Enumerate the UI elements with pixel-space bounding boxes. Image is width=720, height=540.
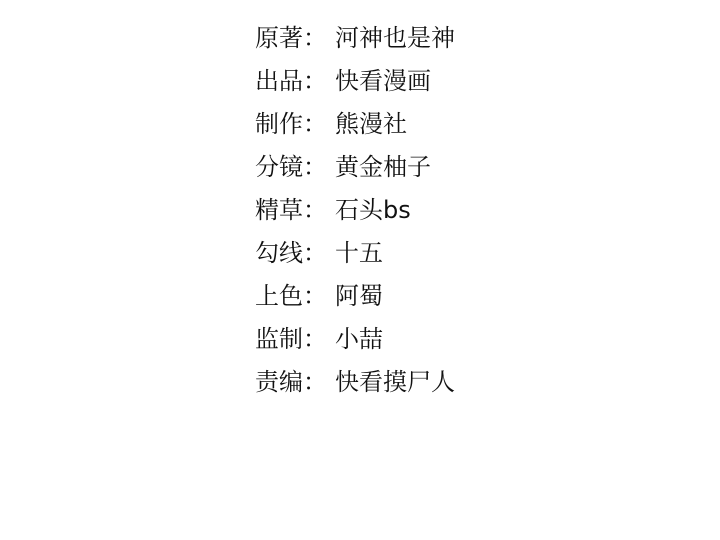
- credit-name: 小喆: [335, 322, 383, 356]
- credit-name: 阿蜀: [335, 279, 383, 313]
- credit-name: 十五: [335, 236, 383, 270]
- credit-name: 石头bs: [335, 193, 411, 227]
- credit-role: 精草：: [255, 193, 335, 227]
- credit-role: 责编：: [255, 365, 335, 399]
- credit-role: 监制：: [255, 322, 335, 356]
- credit-row-editor: 责编： 快看摸尸人: [255, 365, 455, 408]
- credit-role: 出品：: [255, 64, 335, 98]
- credit-role: 勾线：: [255, 236, 335, 270]
- credit-row-supervisor: 监制： 小喆: [255, 322, 455, 365]
- credits-list: 原著： 河神也是神 出品： 快看漫画 制作： 熊漫社 分镜： 黄金柚子 精草： …: [255, 21, 455, 408]
- credit-role: 分镜：: [255, 150, 335, 184]
- credit-row-production: 制作： 熊漫社: [255, 107, 455, 150]
- credit-name: 快看摸尸人: [335, 365, 455, 399]
- credit-name: 快看漫画: [335, 64, 431, 98]
- credit-name: 河神也是神: [335, 21, 455, 55]
- credit-row-coloring: 上色： 阿蜀: [255, 279, 455, 322]
- credit-row-original-author: 原著： 河神也是神: [255, 21, 455, 64]
- credit-role: 上色：: [255, 279, 335, 313]
- credit-row-line-art: 勾线： 十五: [255, 236, 455, 279]
- credit-name: 黄金柚子: [335, 150, 431, 184]
- credit-name: 熊漫社: [335, 107, 407, 141]
- credit-row-rough-sketch: 精草： 石头bs: [255, 193, 455, 236]
- credit-row-storyboard: 分镜： 黄金柚子: [255, 150, 455, 193]
- credit-role: 制作：: [255, 107, 335, 141]
- credit-role: 原著：: [255, 21, 335, 55]
- credit-row-publisher: 出品： 快看漫画: [255, 64, 455, 107]
